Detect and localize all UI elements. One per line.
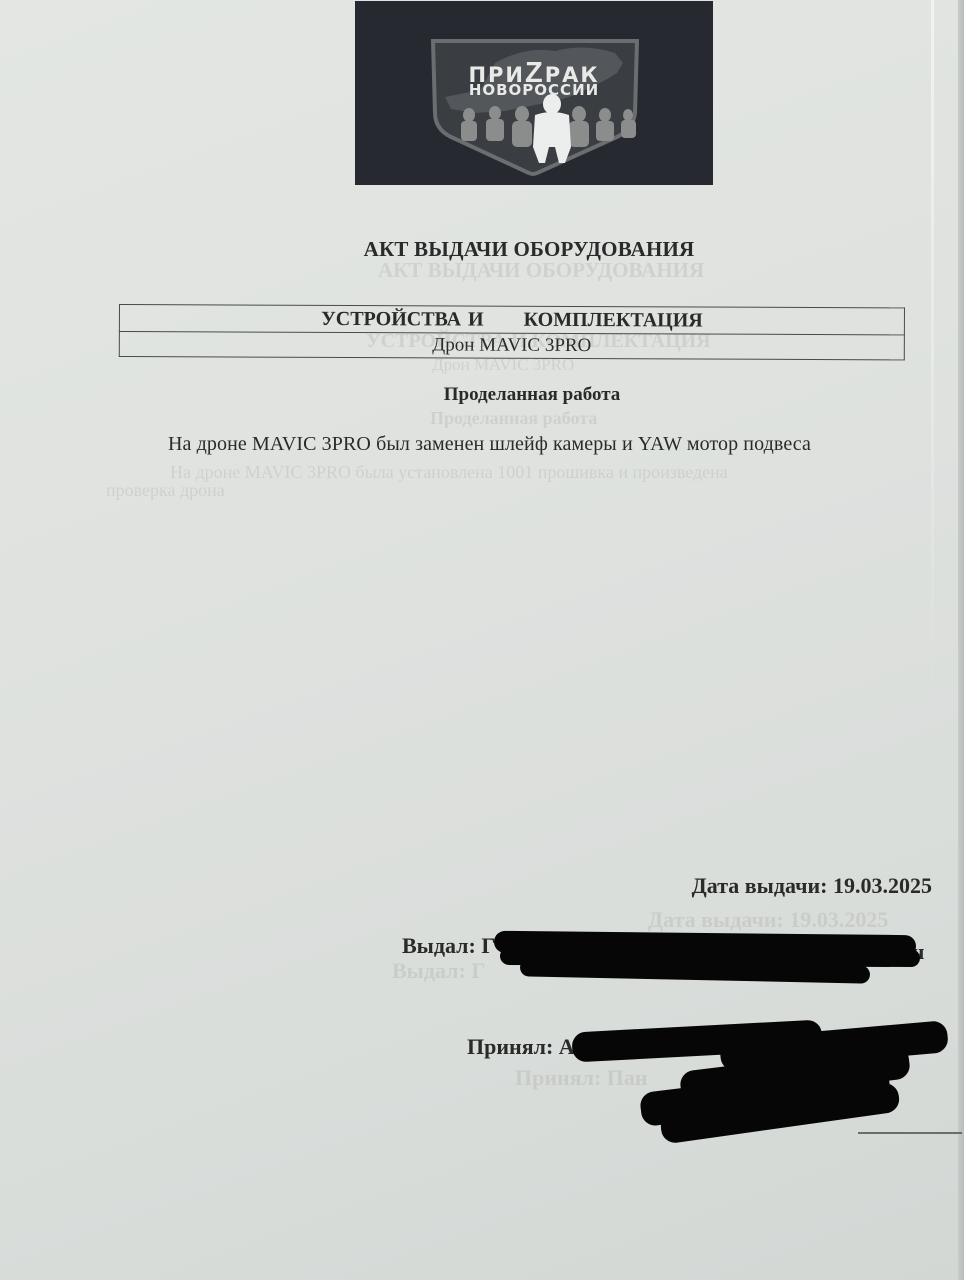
page-edge [958, 0, 964, 1280]
work-section-title: Проделанная работа [0, 384, 964, 406]
ghost-received: Принял: Пан [515, 1065, 648, 1091]
ghost-body: На дроне MAVIC 3PRO была установлена 100… [170, 462, 728, 483]
document-title: АКТ ВЫДАЧИ ОБОРУДОВАНИЯ [0, 237, 964, 262]
ghost-body-2: проверка дрона [106, 480, 225, 501]
paper-fold [931, 0, 934, 700]
organization-logo: ПРИZРАК НОВОРОССИИ [355, 1, 713, 185]
signature-line [858, 1132, 962, 1134]
equipment-row: Дрон MAVIC 3PRO [119, 332, 904, 360]
header-devices: УСТРОЙСТВА И [321, 307, 484, 330]
ghost-issued: Выдал: Г [392, 958, 485, 984]
ghost-section: Проделанная работа [430, 408, 597, 429]
header-kit: КОМПЛЕКТАЦИЯ [524, 308, 703, 331]
equipment-table-header: УСТРОЙСТВА ИКОМПЛЕКТАЦИЯ [119, 305, 904, 335]
ghost-date: Дата выдачи: 19.03.2025 [648, 907, 888, 933]
issue-date: Дата выдачи: 19.03.2025 [692, 873, 932, 899]
logo-name-line2: НОВОРОССИИ [355, 81, 713, 99]
equipment-table: УСТРОЙСТВА ИКОМПЛЕКТАЦИЯ Дрон MAVIC 3PRO [119, 304, 905, 360]
issued-by-label: Выдал: Г [402, 933, 495, 959]
received-by-label: Принял: А [467, 1034, 575, 1060]
work-description: На дроне MAVIC 3PRO был заменен шлейф ка… [104, 432, 892, 456]
